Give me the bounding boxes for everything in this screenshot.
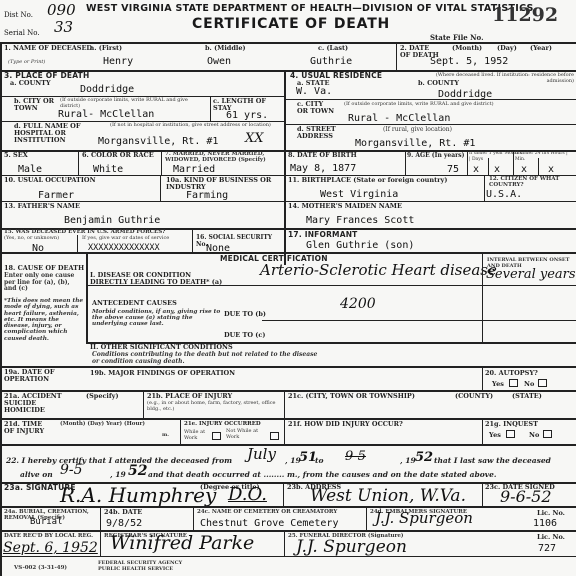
- file-number: 11292: [492, 4, 558, 26]
- death-certificate: Dist No. 090 Serial No. 33 WEST VIRGINIA…: [0, 0, 576, 576]
- sex-label: 5. SEX: [4, 152, 28, 159]
- injury-state-label: (STATE): [512, 393, 542, 400]
- director-lic-label: Lic. No.: [537, 534, 565, 541]
- cert-line1-mid3: , 19: [400, 457, 416, 464]
- race-label: 6. COLOR OR RACE: [82, 152, 154, 159]
- not-while-at-work-label: Not While at Work: [226, 429, 266, 440]
- citizen-label: 12. CITIZEN OF WHAT COUNTRY?: [489, 177, 567, 188]
- occupation-label: 10. USUAL OCCUPATION: [4, 177, 96, 184]
- cert-alive-on: 9-5: [60, 463, 83, 477]
- death-city-note: (If outside corporate limits, write RURA…: [60, 98, 200, 109]
- stay-value: 61 yrs.: [226, 110, 268, 121]
- informant-value: Glen Guthrie (son): [306, 240, 414, 251]
- inquest-yes-label: Yes: [489, 432, 501, 439]
- cert-alive-year: 52: [128, 464, 147, 478]
- residence-state-value: W. Va.: [296, 86, 332, 97]
- informant-label: 17. INFORMANT: [288, 231, 358, 239]
- form-number: VS-002 (3-31-49): [14, 566, 67, 572]
- father-label: 13. FATHER'S NAME: [4, 203, 80, 210]
- injury-specify-label: (Specify): [86, 393, 119, 400]
- age-value: 75: [447, 164, 459, 175]
- cert-line2-mid: , 19: [110, 471, 126, 478]
- race-value: White: [93, 164, 123, 175]
- while-at-work-label: While at Work: [184, 430, 210, 441]
- other-conditions-label: II. OTHER SIGNIFICANT CONDITIONS: [90, 344, 233, 351]
- death-city-value: Rural- McClellan: [58, 109, 154, 120]
- cert-to-date: 9-5: [345, 450, 366, 464]
- other-conditions-note: Conditions contributing to the death but…: [92, 352, 322, 365]
- hospital-value: Morgansville, Rt. #1: [98, 136, 218, 147]
- cause-a-value: Arterio-Sclerotic Heart disease: [260, 263, 497, 277]
- cause-b-value: 4200: [340, 297, 376, 311]
- mother-label: 14. MOTHER'S MAIDEN NAME: [288, 203, 402, 210]
- autopsy-yes-checkbox[interactable]: [509, 379, 518, 387]
- burial-type-value: Burial: [30, 517, 63, 528]
- residence-street-label: d. STREET ADDRESS: [297, 126, 347, 140]
- birthplace-label: 11. BIRTHPLACE (State or foreign country…: [288, 177, 447, 184]
- armed-forces-sub1: (Yes, no, or unknown): [4, 236, 59, 242]
- inquest-yes-checkbox[interactable]: [506, 430, 515, 438]
- hours-value: x: [521, 164, 527, 175]
- days-value: x: [494, 164, 500, 175]
- middle-name-value: Owen: [207, 56, 231, 67]
- death-city-label: b. CITY OR TOWN: [14, 98, 58, 112]
- footer-agency-2: PUBLIC HEALTH SERVICE: [98, 567, 173, 573]
- injury-time-m: m.: [162, 433, 169, 439]
- hospital-label: d. FULL NAME OF HOSPITAL OR INSTITUTION: [14, 123, 94, 144]
- middle-name-label: b. (Middle): [205, 45, 246, 52]
- due-c-label: DUE TO (c): [224, 332, 265, 339]
- while-at-work-checkbox[interactable]: [212, 432, 221, 440]
- name-section-sub: (Type or Print): [8, 60, 45, 66]
- minutes-value: x: [548, 164, 554, 175]
- dist-number: 090: [47, 3, 76, 17]
- injury-city-label: 21c. (CITY, TOWN OR TOWNSHIP): [288, 393, 415, 400]
- injury-place-label: 21b. PLACE OF INJURY: [147, 393, 232, 400]
- cert-line1-mid2: to: [315, 457, 323, 464]
- autopsy-no-checkbox[interactable]: [538, 379, 547, 387]
- inquest-label: 21g. INQUEST: [485, 421, 538, 428]
- armed-forces-sub2: If yes, give war or dates of service: [82, 236, 169, 242]
- business-value: Farming: [186, 190, 228, 201]
- business-label: 10a. KIND OF BUSINESS OR INDUSTRY: [166, 177, 282, 191]
- month-label: (Month): [452, 45, 482, 52]
- cert-line1-suffix: that I last saw the deceased: [434, 457, 551, 464]
- mother-value: Mary Frances Scott: [306, 215, 414, 226]
- residence-street-note: (If rural, give location): [383, 127, 452, 133]
- inquest-no-checkbox[interactable]: [543, 430, 552, 438]
- physician-signature: R.A. Humphrey: [60, 488, 216, 502]
- cemetery-label: 24c. NAME OF CEMETERY OR CREAMATORY: [197, 510, 337, 516]
- cause-note: *This does not mean the mode of dying, s…: [4, 298, 84, 342]
- first-name-value: Henry: [103, 56, 133, 67]
- cert-line2-suffix: and that death occurred at ........ m., …: [148, 471, 496, 478]
- serial-label: Serial No.: [4, 28, 40, 39]
- sex-value: Male: [18, 164, 42, 175]
- death-county-value: Doddridge: [80, 84, 134, 95]
- first-name-label: a. (First): [90, 45, 122, 52]
- physician-degree: D.O.: [228, 488, 267, 502]
- autopsy-label: 20. AUTOPSY?: [485, 370, 538, 377]
- director-lic-value: 727: [538, 543, 556, 554]
- injury-county-label: (COUNTY): [455, 393, 493, 400]
- antecedent-label: ANTECEDENT CAUSES: [92, 300, 177, 307]
- autopsy-no-label: No: [524, 381, 534, 388]
- injury-time-columns: (Month) (Day) Year) (Hour): [60, 422, 145, 428]
- burial-date-value: 9/8/52: [106, 518, 142, 529]
- inquest-no-label: No: [529, 432, 539, 439]
- injury-time-label: 21d. TIME OF INJURY: [4, 421, 54, 435]
- last-name-label: c. (Last): [318, 45, 348, 52]
- received-value: Sept. 6, 1952: [3, 541, 98, 555]
- residence-city-value: Rural - McClellan: [348, 113, 450, 124]
- cemetery-value: Chestnut Grove Cemetery: [200, 518, 338, 529]
- hospital-note: (If not in hospital or institution, give…: [110, 123, 282, 129]
- received-label: DATE REC'D BY LOCAL REG.: [4, 533, 96, 539]
- marital-value: Married: [173, 164, 215, 175]
- cause-a-label: I. DISEASE OR CONDITION DIRECTLY LEADING…: [90, 272, 230, 286]
- name-section-label: 1. NAME OF DECEASED: [4, 45, 92, 52]
- burial-date-label: 24b. DATE: [104, 509, 142, 516]
- dist-label: Dist No.: [4, 10, 33, 21]
- op-findings-label: 19b. MAJOR FINDINGS OF OPERATION: [90, 370, 235, 377]
- embalmer-signature: J.J. Spurgeon: [375, 511, 473, 525]
- residence-county-label: b. COUNTY: [418, 80, 459, 87]
- injury-place-note: (e.g., in or about home, farm, factory, …: [147, 401, 283, 412]
- cert-line2-prefix: alive on: [20, 471, 53, 478]
- date-signed-value: 9-6-52: [500, 490, 552, 504]
- not-while-at-work-checkbox[interactable]: [270, 432, 279, 440]
- year-label: (Year): [530, 45, 552, 52]
- marital-label: 7. MARRIED, NEVER MARRIED, WIDOWED, DIVO…: [165, 152, 283, 163]
- physician-address: West Union, W.Va.: [310, 489, 466, 503]
- occupation-value: Farmer: [38, 190, 74, 201]
- agency-title: WEST VIRGINIA STATE DEPARTMENT OF HEALTH…: [86, 3, 534, 14]
- birthplace-value: West Virginia: [320, 189, 398, 200]
- residence-city-note: (If outside corporate limits, write RURA…: [344, 102, 494, 108]
- embalmer-lic-value: 1106: [533, 518, 557, 529]
- dob-value: May 8, 1877: [290, 163, 356, 174]
- injury-type-label: 21a. ACCIDENT SUICIDE HOMICIDE: [4, 393, 68, 414]
- interval-value: Several years: [486, 268, 576, 282]
- residence-street-value: Morgansville, Rt. #1: [355, 138, 475, 149]
- state-file-label: State File No.: [430, 34, 484, 41]
- day-label: (Day): [497, 45, 517, 52]
- cert-to-year: 52: [415, 451, 433, 465]
- age-label: 9. AGE (In years): [407, 152, 464, 159]
- father-value: Benjamin Guthrie: [64, 215, 160, 226]
- funeral-director-signature: J.J. Spurgeon: [296, 540, 407, 554]
- cause-instructions: Enter only one cause per line for (a), (…: [4, 273, 84, 293]
- how-injury-label: 21f. HOW DID INJURY OCCUR?: [288, 421, 403, 428]
- antecedent-note: Morbid conditions, if any, giving rise t…: [92, 309, 222, 328]
- residence-city-label: c. CITY OR TOWN: [297, 101, 335, 115]
- last-name-value: Guthrie: [310, 56, 352, 67]
- embalmer-lic-label: Lic. No.: [537, 510, 565, 517]
- cert-from-month: July: [247, 447, 276, 461]
- registrar-signature: Winifred Parke: [110, 536, 254, 550]
- due-b-label: DUE TO (b): [224, 311, 266, 318]
- cert-line1-prefix: 22. I hereby certify that I attended the…: [6, 457, 232, 464]
- autopsy-yes-label: Yes: [492, 381, 504, 388]
- cause-of-death-label: 18. CAUSE OF DEATH: [4, 265, 84, 272]
- date-of-death-value: Sept. 5, 1952: [430, 56, 508, 67]
- death-county-label: a. COUNTY: [10, 80, 51, 87]
- dob-label: 8. DATE OF BIRTH: [288, 152, 357, 159]
- citizen-value: U.S.A.: [486, 189, 522, 200]
- certificate-title: CERTIFICATE OF DEATH: [192, 16, 390, 32]
- under-day-label: If under 24 hrs Hours | Min.: [515, 151, 573, 162]
- op-date-label: 19a. DATE OF OPERATION: [4, 369, 84, 383]
- serial-number: 33: [54, 20, 73, 34]
- injury-occurred-label: 21e. INJURY OCCURRED: [184, 421, 261, 428]
- months-value: x: [473, 164, 479, 175]
- hospital-strike: XX: [245, 132, 264, 146]
